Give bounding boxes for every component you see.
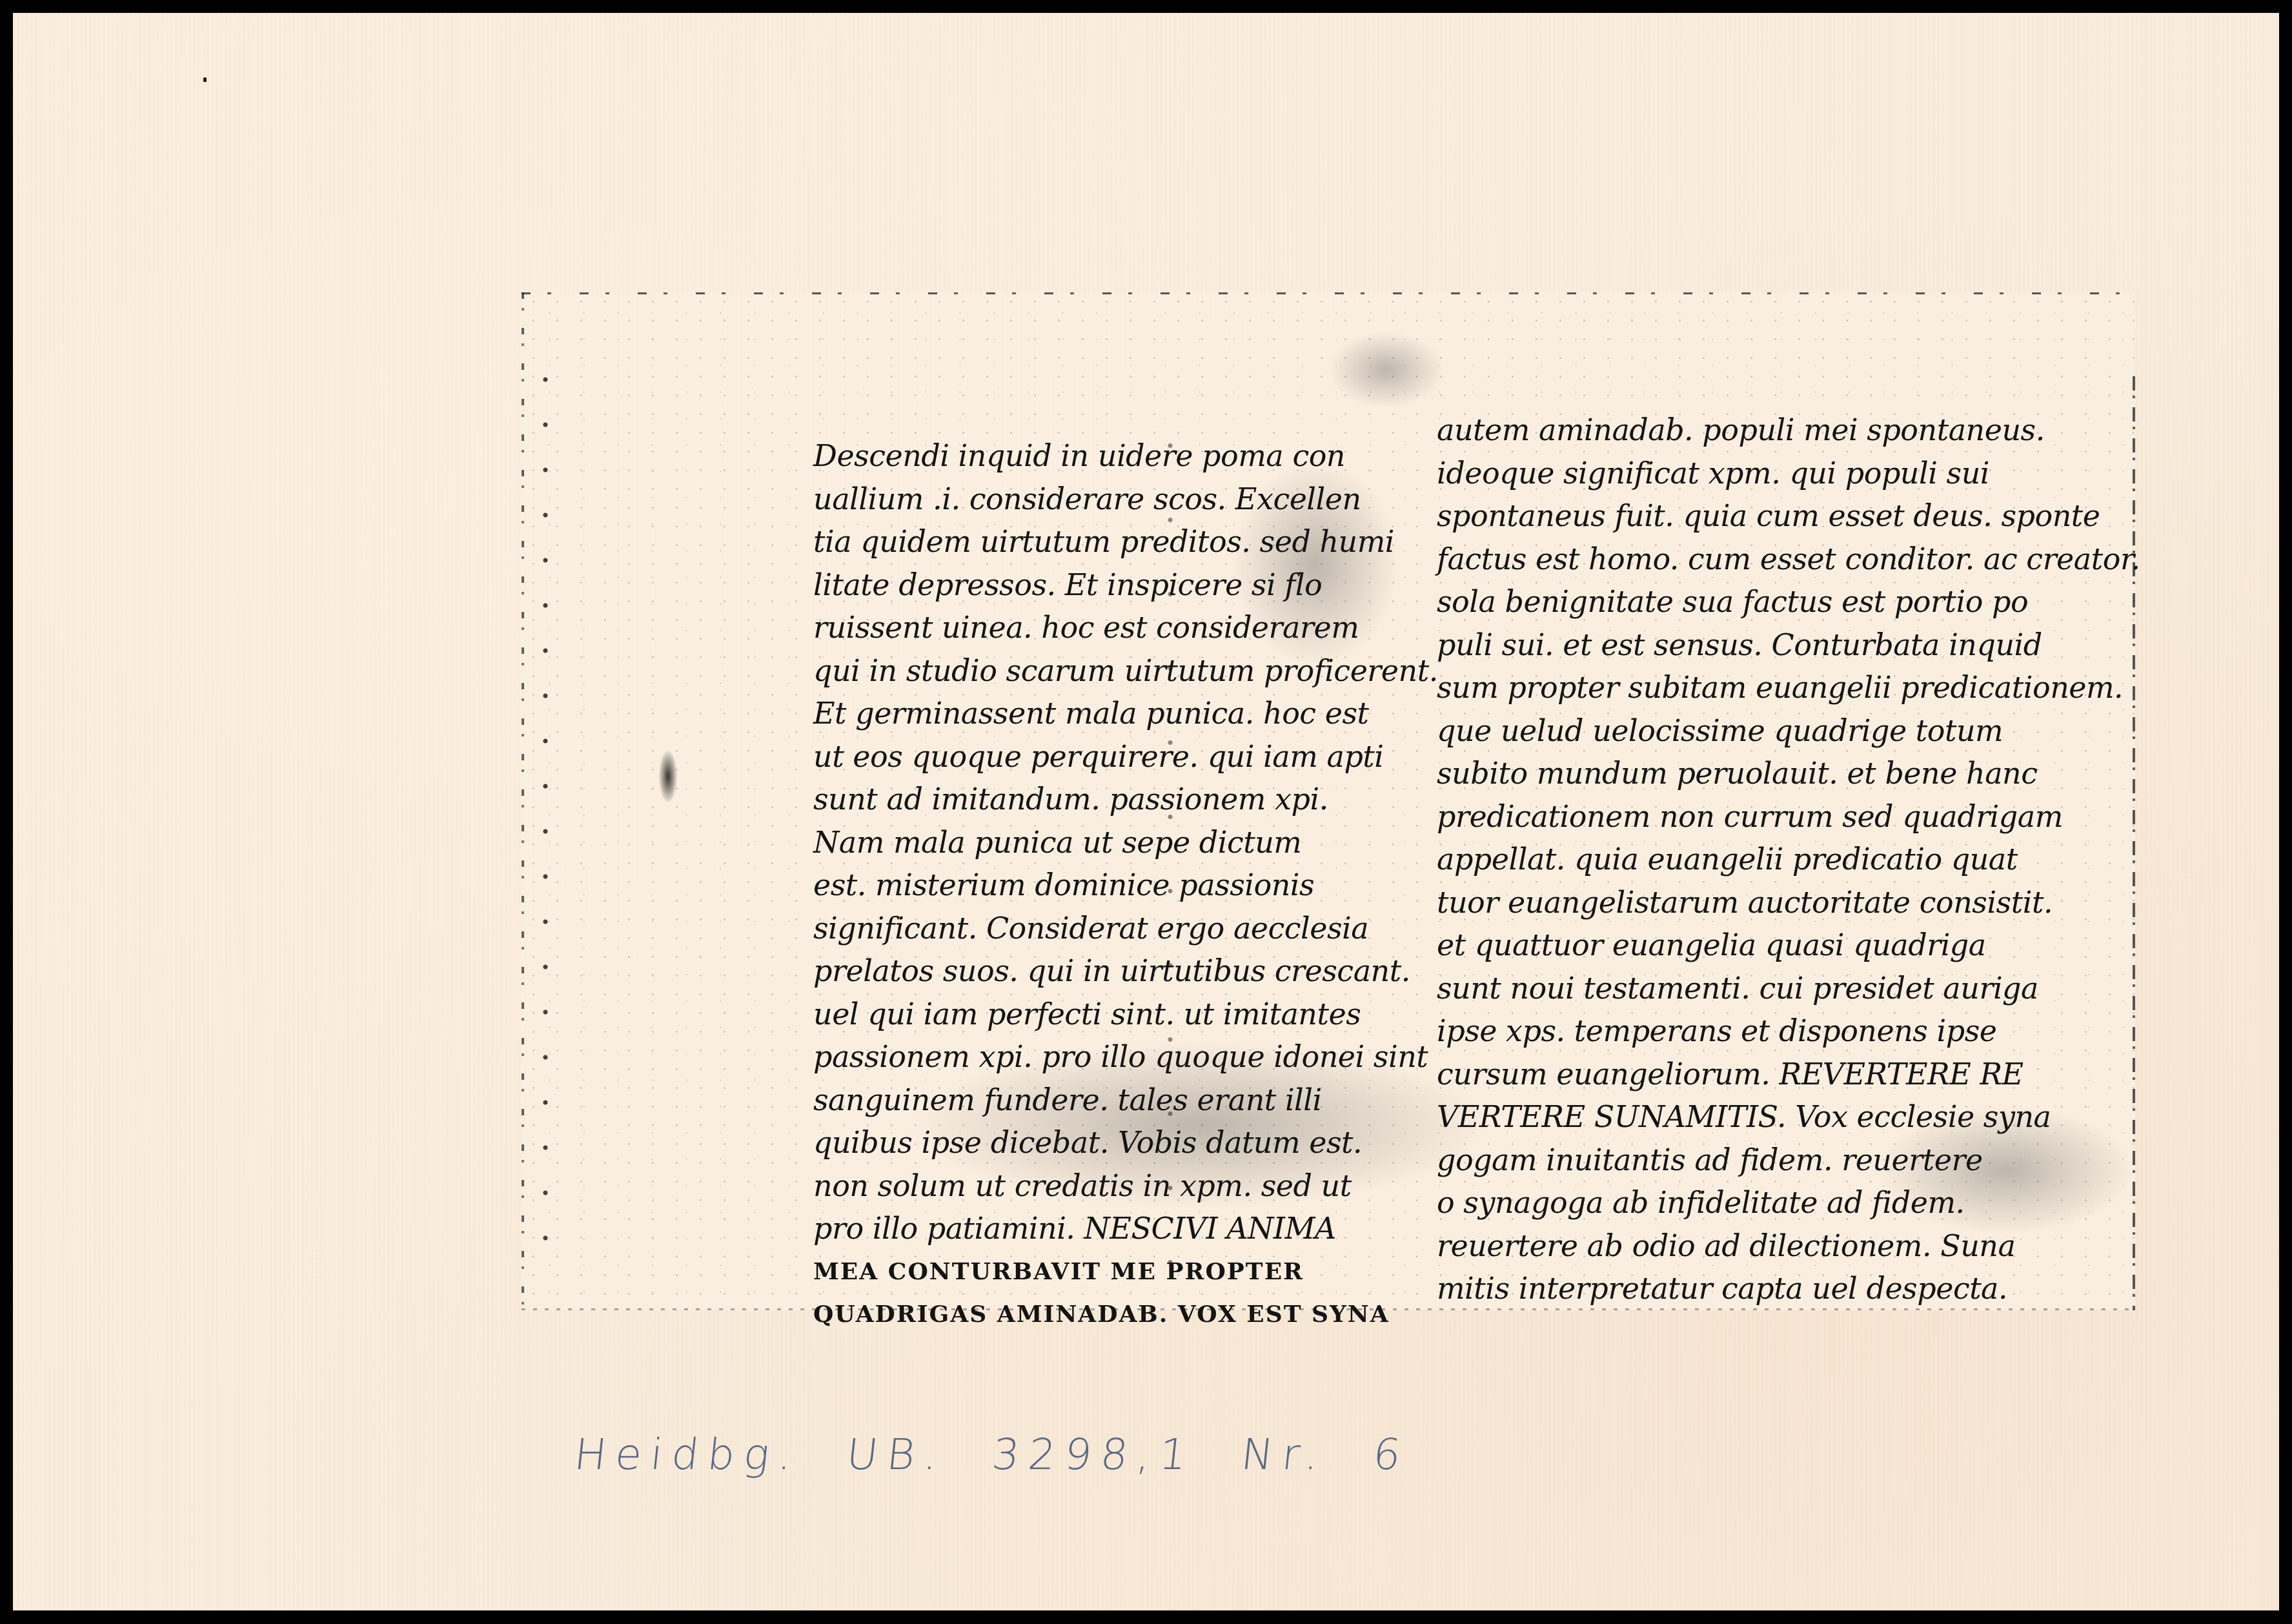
text-line: cursum euangeliorum. REVERTERE RE <box>1437 1053 2140 1096</box>
text-line: uallium .i. considerare scos. Excellen <box>813 478 1438 521</box>
text-line: est. misterium dominice passionis <box>813 864 1438 907</box>
text-line: sum propter subitam euangelii predicatio… <box>1437 666 2140 709</box>
text-line: ipse xps. temperans et disponens ipse <box>1437 1010 2140 1053</box>
text-line-capitals: MEA CONTURBAVIT ME PROPTER <box>813 1250 1438 1294</box>
text-line: ideoque significat xpm. qui populi sui <box>1437 452 2140 495</box>
manuscript-photocopy: Descendi inquid in uidere poma con ualli… <box>522 292 2135 1310</box>
stray-ink-mark <box>203 77 207 82</box>
text-line-capitals: QUADRIGAS AMINADAB. Vox est syna <box>813 1293 1438 1336</box>
photocopy-edge-left <box>522 292 524 1310</box>
manuscript-column-left: Descendi inquid in uidere poma con ualli… <box>813 434 1438 1336</box>
text-line: predicationem non currum sed quadrigam <box>1437 795 2140 838</box>
text-line: spontaneus fuit. quia cum esset deus. sp… <box>1437 494 2140 538</box>
text-line: appellat. quia euangelii predicatio quat <box>1437 838 2140 881</box>
ruling-prick-marks <box>541 357 550 1261</box>
margin-ink-blot <box>659 751 677 802</box>
text-line: et quattuor euangelia quasi quadriga <box>1437 924 2140 967</box>
text-line: o synagoga ab infidelitate ad fidem. <box>1437 1181 2140 1224</box>
text-line: litate depressos. Et inspicere si flo <box>813 563 1438 607</box>
manuscript-column-right: autem aminadab. populi mei spontaneus. i… <box>1437 409 2140 1310</box>
text-line: significant. Considerat ergo aecclesia <box>813 907 1438 950</box>
text-line: VERTERE SUNAMITIS. Vox ecclesie syna <box>1437 1095 2140 1139</box>
text-line: non solum ut credatis in xpm. sed ut <box>813 1164 1438 1208</box>
text-line: tuor euangelistarum auctoritate consisti… <box>1437 881 2140 924</box>
text-line: tia quidem uirtutum preditos. sed humi <box>813 520 1438 563</box>
text-line: puli sui. et est sensus. Conturbata inqu… <box>1437 624 2140 667</box>
text-line: ut eos quoque perquirere. qui iam apti <box>813 735 1438 778</box>
text-line: qui in studio scarum uirtutum proficeren… <box>813 649 1438 693</box>
text-line: gogam inuitantis ad fidem. reuertere <box>1437 1139 2140 1182</box>
text-line: quibus ipse dicebat. Vobis datum est. <box>813 1121 1438 1164</box>
text-line: sola benignitate sua factus est portio p… <box>1437 580 2140 624</box>
text-line: sanguinem fundere. tales erant illi <box>813 1079 1438 1122</box>
shelfmark-annotation: Heidbg. UB. 3298,1 Nr. 6 <box>572 1430 1412 1479</box>
text-line: uel qui iam perfecti sint. ut imitantes <box>813 993 1438 1036</box>
text-line: que uelud uelocissime quadrige totum <box>1437 709 2140 753</box>
text-line: Et germinassent mala punica. hoc est <box>813 692 1438 735</box>
text-line: sunt noui testamenti. cui presidet aurig… <box>1437 967 2140 1010</box>
text-line: prelatos suos. qui in uirtutibus crescan… <box>813 949 1438 993</box>
text-line: ruissent uinea. hoc est considerarem <box>813 606 1438 649</box>
text-line: pro illo patiamini. NESCIVI ANIMA <box>813 1207 1438 1250</box>
toner-smudge <box>1328 331 1445 409</box>
text-line: sunt ad imitandum. passionem xpi. <box>813 778 1438 821</box>
text-line: mitis interpretatur capta uel despecta. <box>1437 1267 2140 1310</box>
paper-page: Descendi inquid in uidere poma con ualli… <box>13 13 2279 1610</box>
text-line: reuertere ab odio ad dilectionem. Suna <box>1437 1224 2140 1268</box>
photocopy-edge-top <box>522 292 2135 294</box>
text-line: subito mundum peruolauit. et bene hanc <box>1437 752 2140 795</box>
text-line: Nam mala punica ut sepe dictum <box>813 821 1438 864</box>
text-line: passionem xpi. pro illo quoque idonei si… <box>813 1035 1438 1079</box>
text-line: Descendi inquid in uidere poma con <box>813 434 1438 478</box>
text-line: autem aminadab. populi mei spontaneus. <box>1437 409 2140 452</box>
text-line: factus est homo. cum esset conditor. ac … <box>1437 538 2140 581</box>
